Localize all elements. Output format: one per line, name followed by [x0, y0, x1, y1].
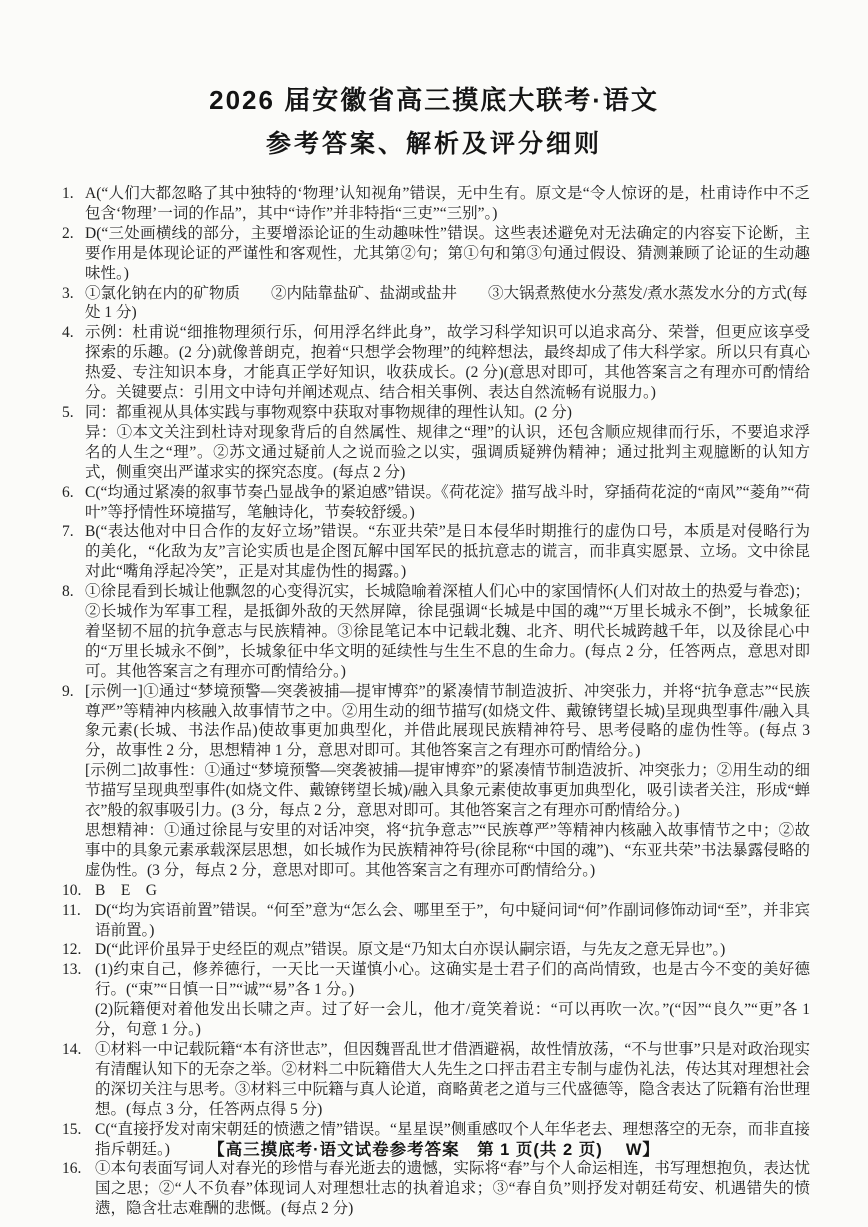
item-body: 同：都重视从具体实践与事物观察中获取对事物规律的理性认知。(2 分) 异：①本文… — [85, 403, 810, 483]
answer-text-part1: (1)约束自己，修养德行，一天比一天谨慎小心。这确实是士君子们的高尚情致，也是古… — [95, 960, 810, 1000]
answer-item-4: 4. 示例：杜甫说“细推物理须行乐，何用浮名绊此身”，故学习科学知识可以追求高分… — [62, 323, 810, 403]
item-number: 9. — [62, 682, 85, 702]
answer-text: 示例：杜甫说“细推物理须行乐，何用浮名绊此身”，故学习科学知识可以追求高分、荣誉… — [85, 323, 810, 403]
item-number: 10. — [62, 881, 95, 901]
page-subtitle: 参考答案、解析及评分细则 — [0, 124, 868, 160]
answer-text: ①本句表面写词人对春光的珍惜与春光逝去的遗憾，实际将“春”与个人命运相连，书写理… — [95, 1159, 810, 1219]
answer-item-6: 6. C(“均通过紧凑的叙事节奏凸显战争的紧迫感”错误。《荷花淀》描写战斗时，穿… — [62, 483, 810, 523]
title-block: 2026 届安徽省高三摸底大联考·语文 参考答案、解析及评分细则 — [0, 80, 868, 160]
item-body: B E G — [95, 881, 810, 901]
item-body: D(“均为宾语前置”错误。“何至”意为“怎么会、哪里至于”，句中疑问词“何”作副… — [95, 901, 810, 941]
answer-text-spirit: 思想精神：①通过徐昆与安里的对话冲突，将“抗争意志”“民族尊严”等精神内核融入故… — [85, 821, 810, 881]
answer-text: B E G — [95, 881, 810, 901]
answer-text: D(“均为宾语前置”错误。“何至”意为“怎么会、哪里至于”，句中疑问词“何”作副… — [95, 901, 810, 941]
answer-item-1: 1. A(“人们大都忽略了其中独特的‘物理’认知视角”错误，无中生有。原文是“令… — [62, 184, 810, 224]
page-title: 2026 届安徽省高三摸底大联考·语文 — [0, 80, 868, 117]
answer-text: C(“均通过紧凑的叙事节奏凸显战争的紧迫感”错误。《荷花淀》描写战斗时，穿插荷花… — [85, 483, 810, 523]
answer-item-9: 9. [示例一]①通过“梦境预警—突袭被捕—提审博弈”的紧凑情节制造波折、冲突张… — [62, 682, 810, 881]
answer-text-same: 同：都重视从具体实践与事物观察中获取对事物规律的理性认知。(2 分) — [85, 403, 810, 423]
answer-text-part2: (2)阮籍便对着他发出长啸之声。过了好一会儿，他才/竟笑着说：“可以再吹一次。”… — [95, 1000, 810, 1040]
item-body: ①徐昆看到长城让他飘忽的心变得沉实，长城隐喻着深植人们心中的家国情怀(人们对故土… — [85, 582, 810, 682]
item-number: 8. — [62, 582, 85, 602]
item-number: 16. — [62, 1159, 95, 1179]
answer-text: ①氯化钠在内的矿物质 ②内陆靠盐矿、盐湖或盐井 ③大锅煮熬使水分蒸发/煮水蒸发水… — [85, 284, 810, 324]
answer-item-14: 14. ①材料一中记载阮籍“本有济世志”，但因魏晋乱世才借酒避祸，故性情放荡，“… — [62, 1040, 810, 1120]
item-number: 13. — [62, 960, 95, 980]
item-body: D(“三处画横线的部分，主要增添论证的生动趣味性”错误。这些表述避免对无法确定的… — [85, 224, 810, 284]
item-body: ①氯化钠在内的矿物质 ②内陆靠盐矿、盐湖或盐井 ③大锅煮熬使水分蒸发/煮水蒸发水… — [85, 284, 810, 324]
item-number: 1. — [62, 184, 85, 204]
answer-item-7: 7. B(“表达他对中日合作的友好立场”错误。“东亚共荣”是日本侵华时期推行的虚… — [62, 522, 810, 582]
exam-answer-sheet-page: 2026 届安徽省高三摸底大联考·语文 参考答案、解析及评分细则 1. A(“人… — [0, 0, 868, 1227]
item-number: 6. — [62, 483, 85, 503]
answer-item-16: 16. ①本句表面写词人对春光的珍惜与春光逝去的遗憾，实际将“春”与个人命运相连… — [62, 1159, 810, 1219]
item-number: 7. — [62, 522, 85, 542]
item-body: B(“表达他对中日合作的友好立场”错误。“东亚共荣”是日本侵华时期推行的虚伪口号… — [85, 522, 810, 582]
answer-item-11: 11. D(“均为宾语前置”错误。“何至”意为“怎么会、哪里至于”，句中疑问词“… — [62, 901, 810, 941]
answer-text: ①徐昆看到长城让他飘忽的心变得沉实，长城隐喻着深植人们心中的家国情怀(人们对故土… — [85, 582, 810, 682]
item-body: A(“人们大都忽略了其中独特的‘物理’认知视角”错误，无中生有。原文是“令人惊讶… — [85, 184, 810, 224]
item-number: 5. — [62, 403, 85, 423]
item-number: 2. — [62, 224, 85, 244]
item-body: ①本句表面写词人对春光的珍惜与春光逝去的遗憾，实际将“春”与个人命运相连，书写理… — [95, 1159, 810, 1219]
answer-item-13: 13. (1)约束自己，修养德行，一天比一天谨慎小心。这确实是士君子们的高尚情致… — [62, 960, 810, 1040]
answers-list: 1. A(“人们大都忽略了其中独特的‘物理’认知视角”错误，无中生有。原文是“令… — [62, 184, 810, 1219]
item-body: ①材料一中记载阮籍“本有济世志”，但因魏晋乱世才借酒避祸，故性情放荡，“不与世事… — [95, 1040, 810, 1120]
answer-text-diff: 异：①本文关注到杜诗对现象背后的自然属性、规律之“理”的认识，还包含顺应规律而行… — [85, 423, 810, 483]
answer-item-2: 2. D(“三处画横线的部分，主要增添论证的生动趣味性”错误。这些表述避免对无法… — [62, 224, 810, 284]
answer-item-8: 8. ①徐昆看到长城让他飘忽的心变得沉实，长城隐喻着深植人们心中的家国情怀(人们… — [62, 582, 810, 682]
item-number: 4. — [62, 323, 85, 343]
item-number: 11. — [62, 901, 95, 921]
answer-text: B(“表达他对中日合作的友好立场”错误。“东亚共荣”是日本侵华时期推行的虚伪口号… — [85, 522, 810, 582]
answer-text: ①材料一中记载阮籍“本有济世志”，但因魏晋乱世才借酒避祸，故性情放荡，“不与世事… — [95, 1040, 810, 1120]
page-footer: 【高三摸底考·语文试卷参考答案 第 1 页(共 2 页) W】 — [0, 1136, 868, 1160]
answer-item-12: 12. D(“此评价虽异于史经臣的观点”错误。原文是“乃知太白亦误认嗣宗语，与先… — [62, 940, 810, 960]
answer-text-example1: [示例一]①通过“梦境预警—突袭被捕—提审博弈”的紧凑情节制造波折、冲突张力，并… — [85, 682, 810, 762]
answer-text: D(“此评价虽异于史经臣的观点”错误。原文是“乃知太白亦误认嗣宗语，与先友之意无… — [95, 940, 810, 960]
answer-text: D(“三处画横线的部分，主要增添论证的生动趣味性”错误。这些表述避免对无法确定的… — [85, 224, 810, 284]
answer-text: A(“人们大都忽略了其中独特的‘物理’认知视角”错误，无中生有。原文是“令人惊讶… — [85, 184, 810, 224]
item-body: (1)约束自己，修养德行，一天比一天谨慎小心。这确实是士君子们的高尚情致，也是古… — [95, 960, 810, 1040]
answer-item-10: 10. B E G — [62, 881, 810, 901]
item-body: [示例一]①通过“梦境预警—突袭被捕—提审博弈”的紧凑情节制造波折、冲突张力，并… — [85, 682, 810, 881]
item-body: C(“均通过紧凑的叙事节奏凸显战争的紧迫感”错误。《荷花淀》描写战斗时，穿插荷花… — [85, 483, 810, 523]
answer-item-3: 3. ①氯化钠在内的矿物质 ②内陆靠盐矿、盐湖或盐井 ③大锅煮熬使水分蒸发/煮水… — [62, 284, 810, 324]
answer-item-5: 5. 同：都重视从具体实践与事物观察中获取对事物规律的理性认知。(2 分) 异：… — [62, 403, 810, 483]
item-number: 12. — [62, 940, 95, 960]
answer-text-example2: [示例二]故事性：①通过“梦境预警—突袭被捕—提审博弈”的紧凑情节制造波折、冲突… — [85, 761, 810, 821]
item-body: D(“此评价虽异于史经臣的观点”错误。原文是“乃知太白亦误认嗣宗语，与先友之意无… — [95, 940, 810, 960]
item-number: 3. — [62, 284, 85, 304]
item-body: 示例：杜甫说“细推物理须行乐，何用浮名绊此身”，故学习科学知识可以追求高分、荣誉… — [85, 323, 810, 403]
item-number: 14. — [62, 1040, 95, 1060]
